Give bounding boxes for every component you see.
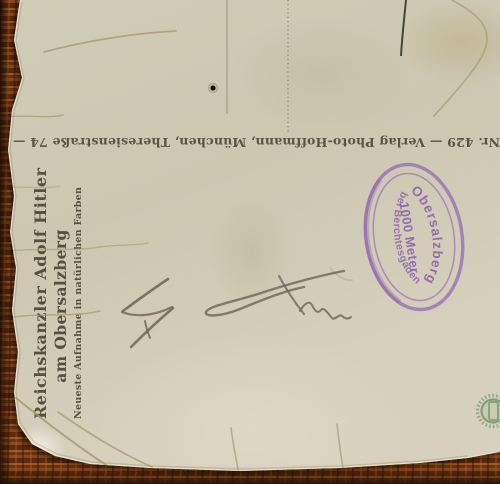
signature-stroke [300,303,351,319]
postcard-back: Nr. 429 — Verlag Photo-Hoffmann, München… [0,0,500,484]
crease-top-left [44,31,176,52]
crease-left-3 [2,243,148,252]
crease-bottom-2 [337,424,343,468]
green-stamp-mark [478,396,500,427]
crease-left-1 [6,115,63,117]
marks-overlay: Obersalzberg 1000 Meter bei Berchtesgade… [0,0,500,484]
crease-top-right [434,0,487,116]
divider-line-dark [401,0,406,56]
pinhole-dot [210,85,215,90]
postcard-wrapper: Nr. 429 — Verlag Photo-Hoffmann, München… [0,0,500,484]
torn-edge-highlight [8,0,497,471]
obersalzberg-rubber-stamp: Obersalzberg 1000 Meter bei Berchtesgade… [355,157,473,316]
crease-left-4 [8,311,100,318]
crease-corner-1 [16,398,112,469]
crease-bottom-1 [231,428,238,470]
signature-stroke [123,279,168,311]
pencil-signature [122,271,351,347]
crease-left-2 [3,186,60,188]
postcard-photo: Nr. 429 — Verlag Photo-Hoffmann, München… [0,0,500,484]
